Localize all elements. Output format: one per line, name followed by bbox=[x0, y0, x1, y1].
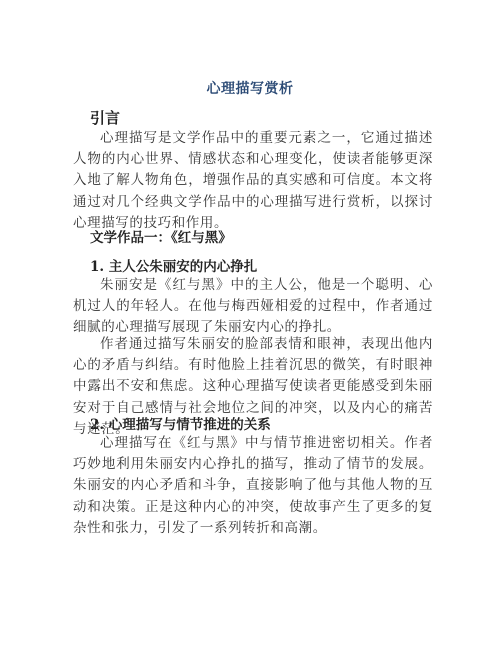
document-page: 心理描写赏析 引言 心理描写是文学作品中的重要元素之一，它通过描述人物的内心世界… bbox=[0, 0, 500, 647]
intro-paragraph: 心理描写是文学作品中的重要元素之一，它通过描述人物的内心世界、情感状态和心理变化… bbox=[73, 128, 433, 234]
document-title: 心理描写赏析 bbox=[0, 78, 500, 98]
subsection-heading-1: 1. 主人公朱丽安的内心挣扎 bbox=[90, 255, 257, 275]
intro-heading: 引言 bbox=[90, 107, 120, 128]
subsection-heading-2: 2. 心理描写与情节推进的关系 bbox=[90, 413, 271, 433]
section-heading-red-and-black: 文学作品一：《红与黑》 bbox=[90, 226, 232, 246]
subsection1-paragraph-1: 朱丽安是《红与黑》中的主人公，他是一个聪明、心机过人的年轻人。在他与梅西娅相爱的… bbox=[73, 275, 433, 339]
subsection2-paragraph-1: 心理描写在《红与黑》中与情节推进密切相关。作者巧妙地利用朱丽安内心挣扎的描写，推… bbox=[73, 433, 433, 539]
